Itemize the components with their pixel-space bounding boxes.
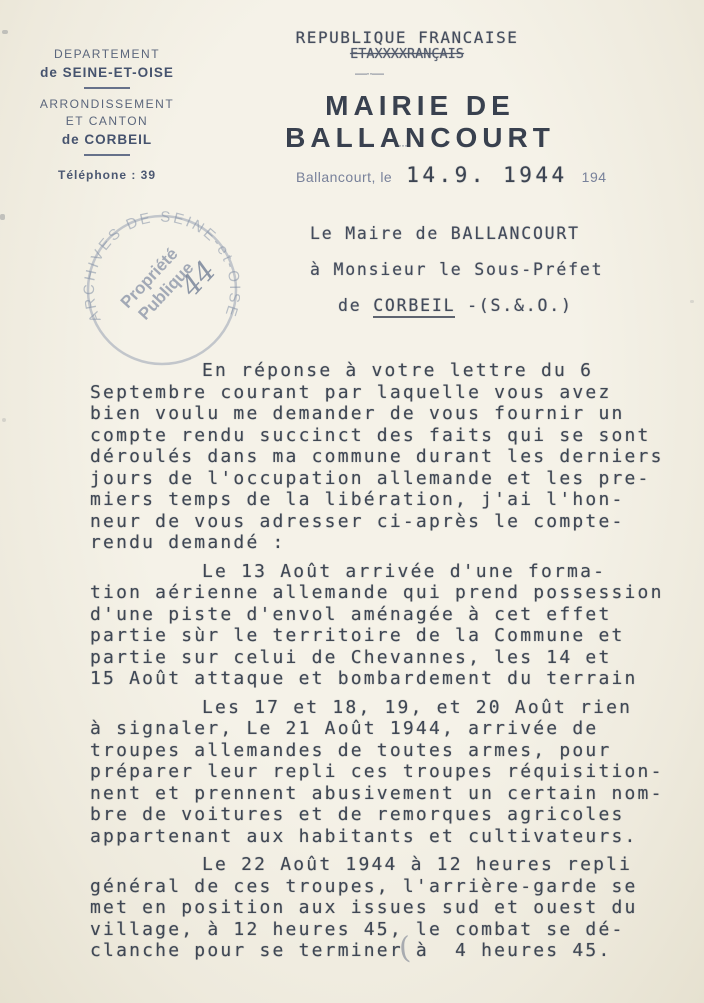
body-line: village, à 12 heures 45, le combat se dé… [90,919,702,941]
body-line: partie sùr le territoire de la Commune e… [90,625,702,647]
canton-name: de CORBEIL [22,132,192,147]
ornament-dashes: —··— [355,66,383,80]
body-line: En réponse à votre lettre du 6 [90,360,702,382]
body-line: miers temps de la libération, j'ai l'hon… [90,489,702,511]
recipient-city-line: de CORBEIL -(S.&.O.) [310,296,603,315]
telephone-number: Téléphone : 39 [22,168,192,182]
body-line: d'une piste d'envol aménagée à cet effet [90,604,702,626]
recipient-city-prefix: de [338,296,373,315]
canton-label: ET CANTON [22,114,192,128]
department-label: DEPARTEMENT [22,47,192,61]
scan-artifact [0,214,5,220]
paragraph: En réponse à votre lettre du 6 Septembre… [90,360,702,554]
date-place-prefix: Ballancourt, le [296,169,392,185]
republic-line: REPUBLIQUE FRANCAISE [262,28,552,47]
body-line: compte rendu succinct des faits qui se s… [90,425,702,447]
struck-out-etat-francais: ETAXXXXRANÇAIS [262,46,552,62]
body-line: met en position aux issues sud et ouest … [90,897,702,919]
body-line: Les 17 et 18, 19, et 20 Août rien [90,697,702,719]
body-line: déroulés dans ma commune durant les dern… [90,446,702,468]
letterhead-divider [84,154,130,156]
body-line: nent et prennent abusivement un certain … [90,783,702,805]
body-line: bien voulu me demander de vous fournir u… [90,403,702,425]
body-line: Le 13 Août arrivée d'une forma- [90,561,702,583]
date-line: Ballancourt, le 14.9. 1944 194 [296,163,607,187]
scan-artifact [690,300,694,303]
body-line: bre de voitures et de remorques agricole… [90,804,702,826]
archives-round-stamp: ARCHIVES DE SEINE-et-OISE Propriété Publ… [62,200,262,385]
body-line: à signaler, Le 21 Août 1944, arrivée de [90,718,702,740]
body-line: préparer leur repli ces troupes réquisit… [90,761,702,783]
republic-header: REPUBLIQUE FRANCAISE ETAXXXXRANÇAIS [262,28,552,62]
letterhead-divider [84,87,130,89]
body-line: neur de vous adresser ci-après le compte… [90,511,702,533]
scanned-letter-page: DEPARTEMENT de SEINE-ET-OISE ARRONDISSEM… [0,0,704,1003]
mairie-title: MAIRIE DE BALLANCOURT [185,90,655,154]
body-line: Septembre courant par laquelle vous avez [90,382,702,404]
scan-artifact [2,30,8,34]
body-line: général de ces troupes, l'arrière-garde … [90,876,702,898]
body-line: jours de l'occupation allemande et les p… [90,468,702,490]
printed-year-stub: 194 [582,169,607,185]
scan-artifact [2,418,6,422]
sender-line: Le Maire de BALLANCOURT [310,224,603,243]
body-line: Le 22 Août 1944 à 12 heures repli [90,854,702,876]
typed-date: 14.9. 1944 [406,163,567,187]
ornament-dots: ··· [398,138,407,152]
letter-body: En réponse à votre lettre du 6 Septembre… [90,360,702,969]
department-name: de SEINE-ET-OISE [22,65,192,80]
recipient-city-underlined: CORBEIL [373,296,455,318]
paragraph: Les 17 et 18, 19, et 20 Août rien à sign… [90,697,702,848]
body-line: tion aérienne allemande qui prend posses… [90,582,702,604]
body-line: troupes allemandes de toutes armes, pour [90,740,702,762]
paragraph: Le 22 Août 1944 à 12 heures repli généra… [90,854,702,962]
recipient-block: Le Maire de BALLANCOURT à Monsieur le So… [310,224,603,332]
recipient-line: à Monsieur le Sous-Préfet [310,260,603,279]
recipient-city-suffix: -(S.&.O.) [455,296,572,315]
stamp-inner-group: Propriété Publique 44 [117,234,222,341]
body-line: 15 Août attaque et bombardement du terra… [90,668,702,690]
body-line: partie sur celui de Chevannes, les 14 et [90,647,702,669]
body-line: rendu demandé : [90,532,702,554]
letterhead-left-block: DEPARTEMENT de SEINE-ET-OISE ARRONDISSEM… [22,44,192,182]
stray-pen-mark: ( [398,931,412,967]
arrondissement-label: ARRONDISSEMENT [22,97,192,111]
body-line: clanche pour se terminer à 4 heures 45. [90,940,702,962]
body-line: appartenant aux habitants et cultivateur… [90,826,702,848]
paragraph: Le 13 Août arrivée d'une forma- tion aér… [90,561,702,690]
